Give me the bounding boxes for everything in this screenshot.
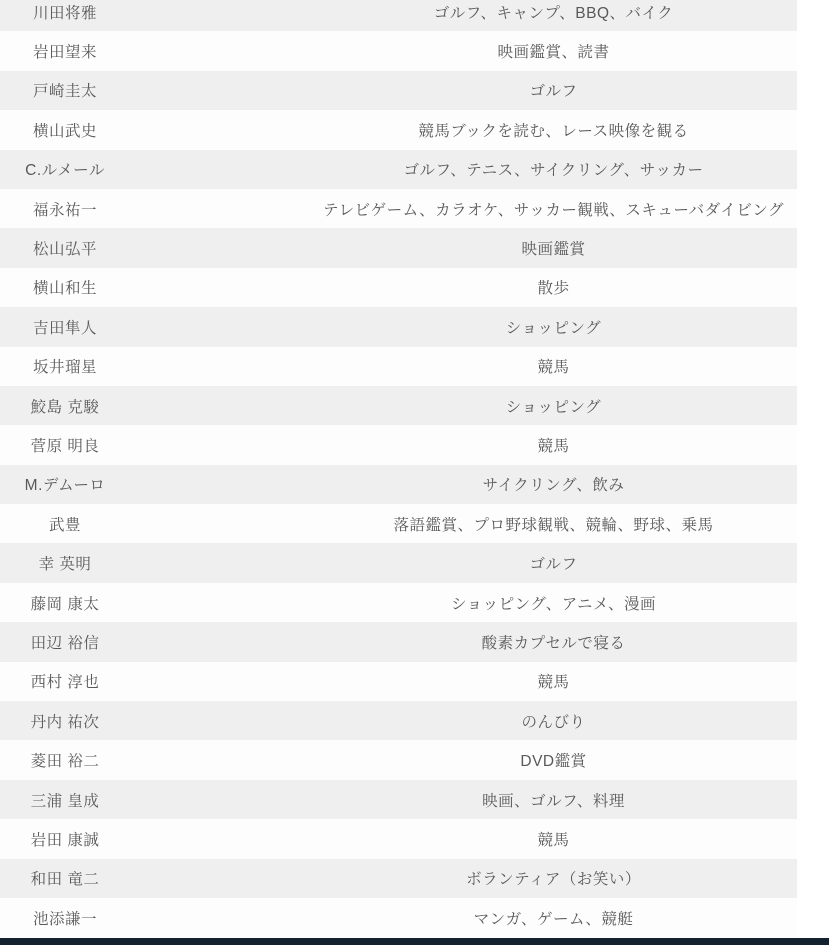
table-row: 西村 淳也競馬 [0, 662, 797, 701]
jockey-name-cell: 藤岡 康太 [0, 592, 130, 614]
hobby-cell: 競馬ブックを読む、レース映像を観る [130, 119, 797, 141]
table-row: 横山武史競馬ブックを読む、レース映像を観る [0, 110, 797, 149]
hobby-cell: 映画、ゴルフ、料理 [130, 789, 797, 811]
hobby-cell: ゴルフ、テニス、サイクリング、サッカー [130, 158, 797, 180]
table-row: 武豊落語鑑賞、プロ野球観戦、競輪、野球、乗馬 [0, 504, 797, 543]
table-row: 丹内 祐次のんびり [0, 701, 797, 740]
hobby-cell: 競馬 [130, 355, 797, 377]
jockey-name-cell: 池添謙一 [0, 907, 130, 929]
jockey-name-cell: 和田 竜二 [0, 867, 130, 889]
jockey-name-cell: 菅原 明良 [0, 434, 130, 456]
table-row: 菅原 明良競馬 [0, 425, 797, 464]
jockey-name-cell: 岩田 康誠 [0, 828, 130, 850]
jockey-name-cell: 武豊 [0, 513, 130, 535]
table-row: 川田将雅ゴルフ、キャンプ、BBQ、バイク [0, 0, 797, 31]
table-row: 岩田 康誠競馬 [0, 819, 797, 858]
jockey-name-cell: 横山武史 [0, 119, 130, 141]
table-row: 三浦 皇成映画、ゴルフ、料理 [0, 780, 797, 819]
jockey-name-cell: C.ルメール [0, 158, 130, 180]
jockey-name-cell: 丹内 祐次 [0, 710, 130, 732]
hobby-cell: 映画鑑賞 [130, 237, 797, 259]
table-row: 福永祐一テレビゲーム、カラオケ、サッカー観戦、スキューバダイビング [0, 189, 797, 228]
jockey-name-cell: 横山和生 [0, 276, 130, 298]
hobby-cell: DVD鑑賞 [130, 749, 797, 771]
table-row: 吉田隼人ショッピング [0, 307, 797, 346]
hobby-cell: ゴルフ [130, 552, 797, 574]
hobby-cell: 散歩 [130, 276, 797, 298]
hobby-cell: ショッピング [130, 316, 797, 338]
table-row: 藤岡 康太ショッピング、アニメ、漫画 [0, 583, 797, 622]
hobby-cell: ゴルフ [130, 79, 797, 101]
table-row: 池添謙一マンガ、ゲーム、競艇 [0, 898, 797, 937]
jockey-name-cell: 田辺 裕信 [0, 631, 130, 653]
table-row: 戸崎圭太ゴルフ [0, 71, 797, 110]
hobby-cell: ショッピング [130, 395, 797, 417]
jockey-name-cell: 鮫島 克駿 [0, 395, 130, 417]
table-row: C.ルメールゴルフ、テニス、サイクリング、サッカー [0, 150, 797, 189]
bottom-bar [0, 938, 829, 945]
hobby-cell: 競馬 [130, 670, 797, 692]
table-row: 和田 竜二ボランティア（お笑い） [0, 859, 797, 898]
hobby-cell: ボランティア（お笑い） [130, 867, 797, 889]
table-row: 菱田 裕二DVD鑑賞 [0, 740, 797, 779]
page: 川田将雅ゴルフ、キャンプ、BBQ、バイク岩田望来映画鑑賞、読書戸崎圭太ゴルフ横山… [0, 0, 829, 945]
hobby-cell: のんびり [130, 710, 797, 732]
hobby-cell: 映画鑑賞、読書 [130, 40, 797, 62]
hobby-cell: ゴルフ、キャンプ、BBQ、バイク [130, 1, 797, 23]
jockey-name-cell: 三浦 皇成 [0, 789, 130, 811]
hobby-cell: テレビゲーム、カラオケ、サッカー観戦、スキューバダイビング [130, 198, 797, 220]
jockey-hobby-table: 川田将雅ゴルフ、キャンプ、BBQ、バイク岩田望来映画鑑賞、読書戸崎圭太ゴルフ横山… [0, 0, 797, 937]
hobby-cell: 落語鑑賞、プロ野球観戦、競輪、野球、乗馬 [130, 513, 797, 535]
jockey-name-cell: 戸崎圭太 [0, 79, 130, 101]
hobby-cell: 競馬 [130, 828, 797, 850]
table-row: M.デムーロサイクリング、飲み [0, 465, 797, 504]
hobby-cell: 競馬 [130, 434, 797, 456]
jockey-name-cell: 菱田 裕二 [0, 749, 130, 771]
jockey-name-cell: 幸 英明 [0, 552, 130, 574]
hobby-cell: サイクリング、飲み [130, 473, 797, 495]
hobby-cell: 酸素カプセルで寝る [130, 631, 797, 653]
hobby-cell: マンガ、ゲーム、競艇 [130, 907, 797, 929]
table-row: 坂井瑠星競馬 [0, 347, 797, 386]
table-row: 松山弘平映画鑑賞 [0, 228, 797, 267]
jockey-name-cell: 岩田望来 [0, 40, 130, 62]
jockey-name-cell: 福永祐一 [0, 198, 130, 220]
jockey-name-cell: 西村 淳也 [0, 670, 130, 692]
hobby-cell: ショッピング、アニメ、漫画 [130, 592, 797, 614]
jockey-name-cell: M.デムーロ [0, 473, 130, 495]
table-row: 鮫島 克駿ショッピング [0, 386, 797, 425]
table-row: 田辺 裕信酸素カプセルで寝る [0, 622, 797, 661]
table-row: 幸 英明ゴルフ [0, 543, 797, 582]
jockey-name-cell: 坂井瑠星 [0, 355, 130, 377]
table-row: 岩田望来映画鑑賞、読書 [0, 31, 797, 70]
jockey-name-cell: 松山弘平 [0, 237, 130, 259]
jockey-name-cell: 川田将雅 [0, 1, 130, 23]
table-row: 横山和生散歩 [0, 268, 797, 307]
jockey-name-cell: 吉田隼人 [0, 316, 130, 338]
